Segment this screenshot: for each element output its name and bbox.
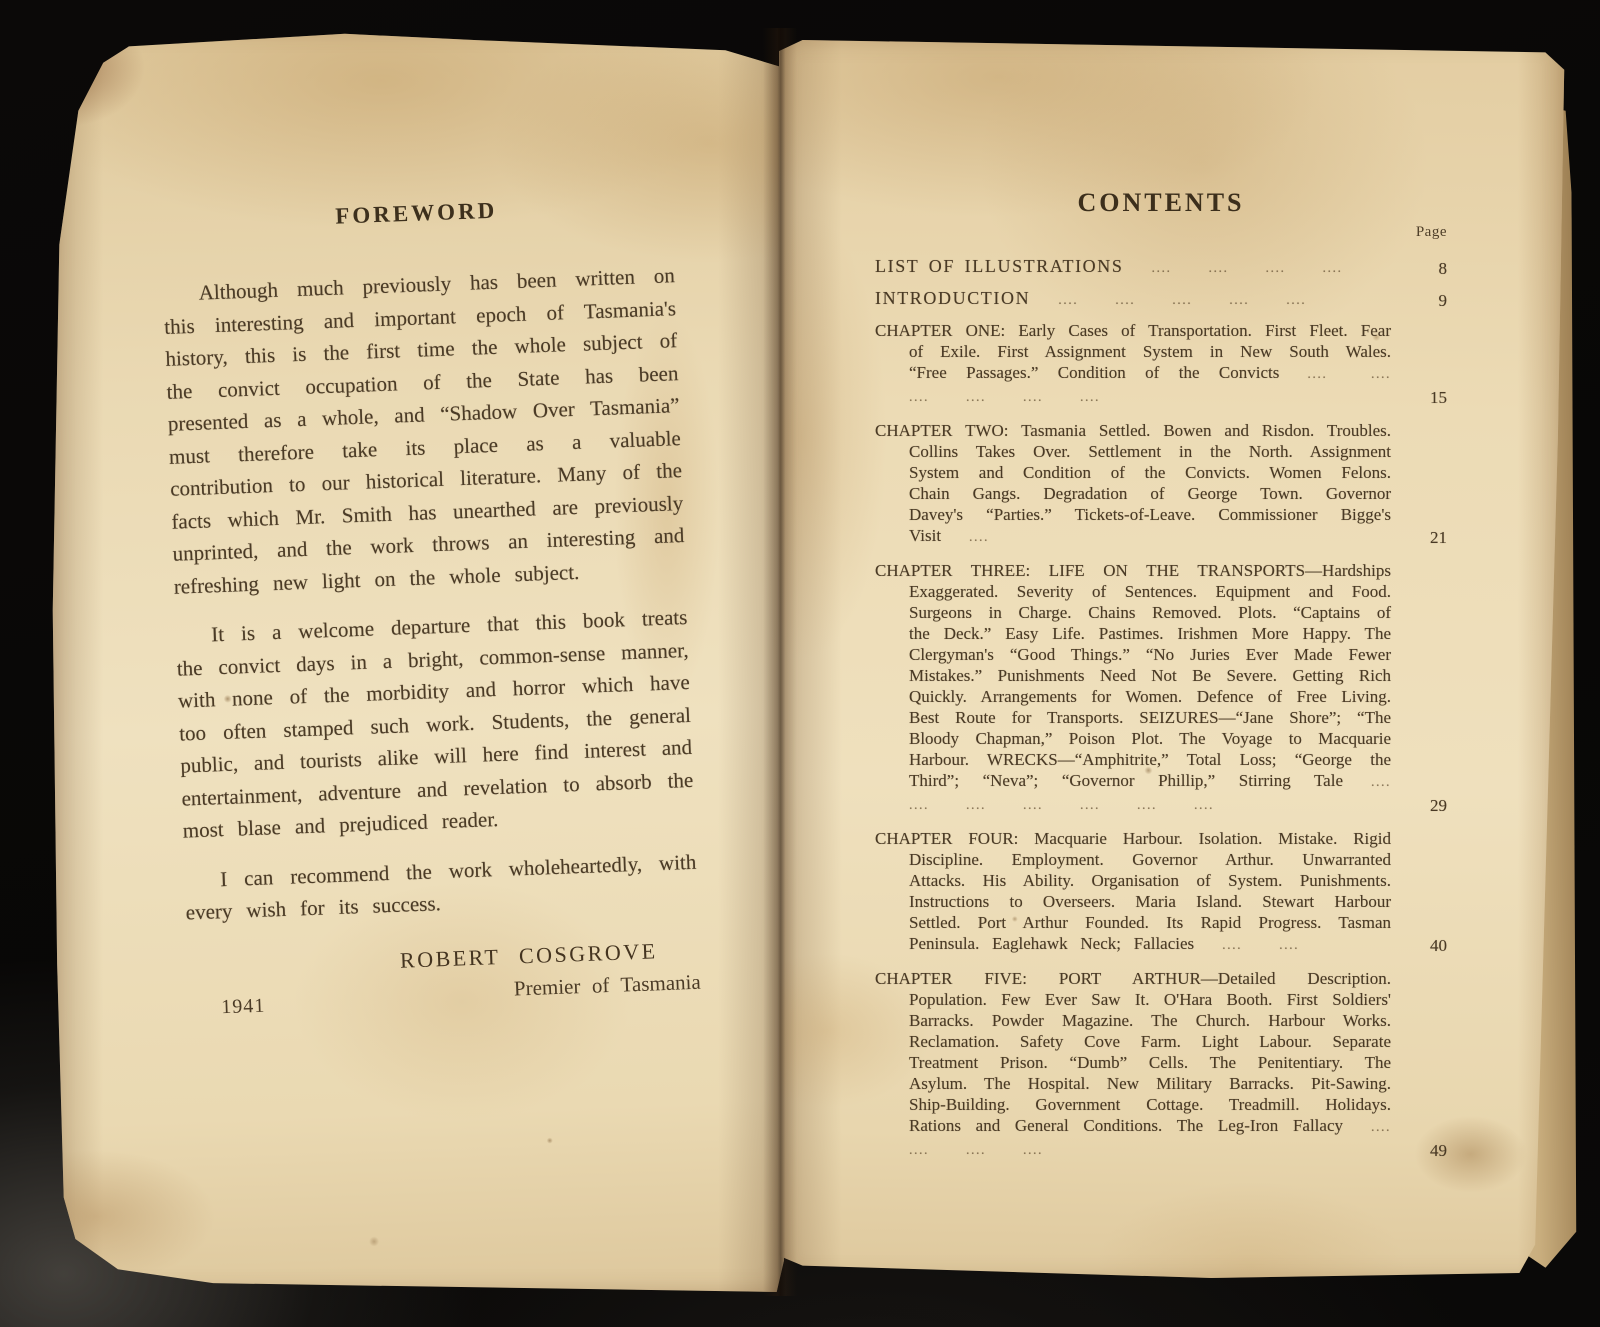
entry-leader-dots: .... .... .... .... .... [1030,293,1306,308]
entry-text: CHAPTER THREE: LIFE ON THE TRANSPORTS—Ha… [875,561,1391,790]
entry-leader-dots: .... .... .... .... [1123,261,1342,276]
foreword-paragraph: Although much previously has been writte… [162,259,686,603]
entry-text: INTRODUCTION [875,288,1030,308]
contents-entry: INTRODUCTION.... .... .... .... .... 9 [875,288,1447,311]
foreword-page: FOREWORD Although much previously has be… [52,30,784,1292]
contents-entries: LIST OF ILLUSTRATIONS.... .... .... ....… [875,256,1447,1161]
entry-page-number: 29 [1430,795,1447,816]
page-column-label: Page [1416,224,1447,241]
entry-page-number: 8 [1439,258,1448,279]
contents-text-block: CONTENTS Page LIST OF ILLUSTRATIONS.... … [875,188,1447,1173]
entry-body: CHAPTER FIVE: PORT ARTHUR—Detailed Descr… [875,968,1391,1161]
entry-page-number: 49 [1430,1140,1447,1161]
entry-body: CHAPTER THREE: LIFE ON THE TRANSPORTS—Ha… [875,560,1391,816]
entry-body: CHAPTER FOUR: Macquarie Harbour. Isolati… [875,828,1391,956]
entry-page-number: 9 [1439,290,1448,311]
contents-page: CONTENTS Page LIST OF ILLUSTRATIONS.... … [779,40,1565,1278]
contents-entry: CHAPTER TWO: Tasmania Settled. Bowen and… [875,420,1447,548]
contents-entry: CHAPTER THREE: LIFE ON THE TRANSPORTS—Ha… [875,560,1447,816]
entry-body: INTRODUCTION.... .... .... .... .... [875,288,1391,311]
photo-of-open-book: { "left_page": { "heading": "FOREWORD", … [0,0,1600,1327]
contents-entry: CHAPTER ONE: Early Cases of Transportati… [875,320,1447,408]
entry-text: LIST OF ILLUSTRATIONS [875,256,1123,276]
contents-entry: CHAPTER FIVE: PORT ARTHUR—Detailed Descr… [875,968,1447,1161]
entry-leader-dots: .... [941,530,989,545]
entry-page-number: 40 [1430,935,1447,956]
entry-page-number: 15 [1430,387,1447,408]
entry-body: LIST OF ILLUSTRATIONS.... .... .... .... [875,256,1391,279]
contents-entry: CHAPTER FOUR: Macquarie Harbour. Isolati… [875,828,1447,956]
entry-body: CHAPTER ONE: Early Cases of Transportati… [875,320,1391,408]
foreword-paragraph: It is a welcome departure that this book… [175,601,695,847]
entry-text: CHAPTER FOUR: Macquarie Harbour. Isolati… [875,829,1391,953]
foreword-paragraphs: Although much previously has been writte… [162,259,698,929]
entry-page-number: 21 [1430,527,1447,548]
contents-heading: CONTENTS [875,188,1447,218]
contents-entry: LIST OF ILLUSTRATIONS.... .... .... ....… [875,256,1447,279]
foreword-paragraph: I can recommend the work wholeheartedly,… [184,845,698,929]
entry-body: CHAPTER TWO: Tasmania Settled. Bowen and… [875,420,1391,548]
foreword-text-block: FOREWORD Although much previously has be… [160,191,701,1020]
entry-leader-dots: .... .... [1194,938,1299,953]
entry-text: CHAPTER TWO: Tasmania Settled. Bowen and… [875,421,1391,545]
foreword-heading: FOREWORD [160,191,673,236]
entry-text: CHAPTER FIVE: PORT ARTHUR—Detailed Descr… [875,969,1391,1135]
